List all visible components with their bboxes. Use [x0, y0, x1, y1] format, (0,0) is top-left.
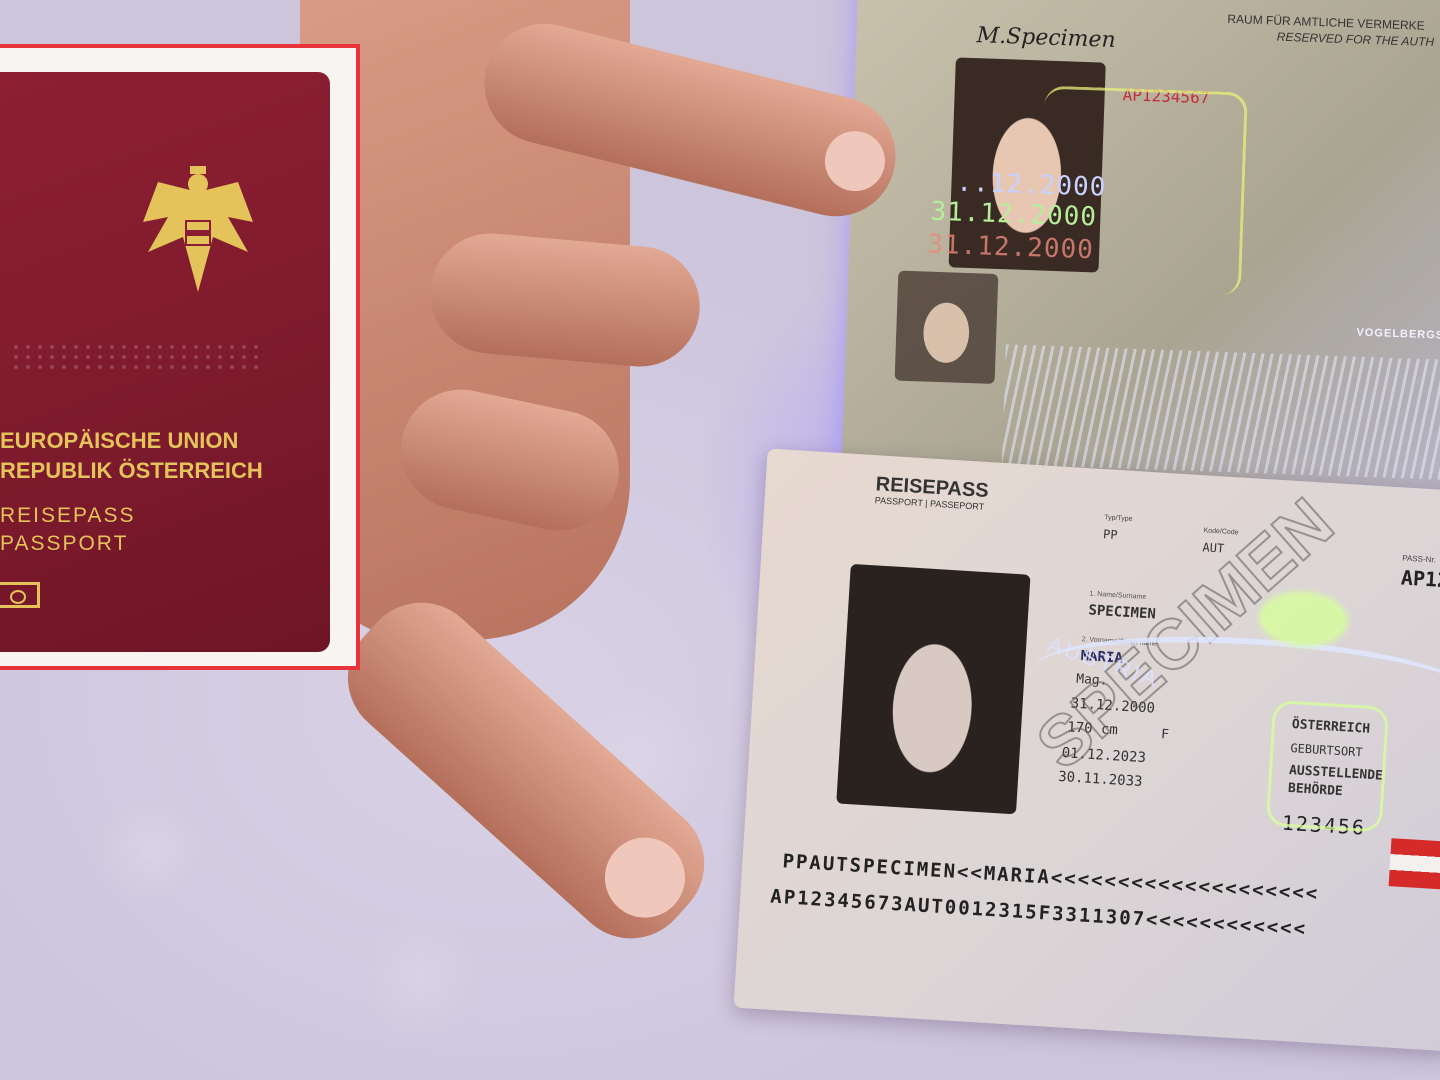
location-label: VOGELBERGSTEIG |: [1356, 327, 1440, 343]
biometric-chip-icon: [0, 582, 40, 608]
austrian-flag: [1389, 838, 1440, 890]
authority-note-en: RESERVED FOR THE AUTH: [1277, 30, 1435, 49]
sex-value: F: [1161, 727, 1170, 742]
cover-reisepass-text: REISEPASS: [0, 504, 136, 528]
passport-upper-page: M.Specimen RAUM FÜR AMTLICHE VERMERKE RE…: [841, 0, 1440, 491]
cover-passport-text: PASSPORT: [0, 532, 128, 556]
holder-photo-main: [836, 564, 1030, 815]
cover-country-text: REPUBLIK ÖSTERREICH: [0, 458, 263, 484]
holder-photo-ghost: [895, 271, 999, 384]
austrian-eagle-emblem-icon: [138, 162, 258, 302]
passport-cover: EUROPÄISCHE UNION REPUBLIK ÖSTERREICH RE…: [0, 72, 330, 652]
type-value: PP: [1103, 527, 1118, 542]
surname-label: 1. Name/Surname: [1089, 590, 1146, 600]
uv-signature-green: [1266, 700, 1389, 833]
code-label: Kode/Code: [1203, 527, 1238, 536]
authority-note-de: RAUM FÜR AMTLICHE VERMERKE: [1227, 12, 1425, 33]
pass-number-label: PASS-Nr.: [1402, 553, 1436, 564]
cover-eu-text: EUROPÄISCHE UNION: [0, 428, 238, 454]
pass-number-value: AP12: [1400, 565, 1440, 592]
specimen-signature: M.Specimen: [976, 23, 1116, 53]
passport-cover-inset: EUROPÄISCHE UNION REPUBLIK ÖSTERREICH RE…: [0, 44, 360, 670]
uv-mountain-pattern: [1002, 344, 1440, 481]
passport-data-page: REISEPASS PASSPORT | PASSEPORT Typ/Type …: [734, 449, 1440, 1052]
uv-signature-overlay: [1038, 86, 1248, 296]
type-label: Typ/Type: [1104, 514, 1133, 523]
braille-dots: [10, 342, 260, 372]
